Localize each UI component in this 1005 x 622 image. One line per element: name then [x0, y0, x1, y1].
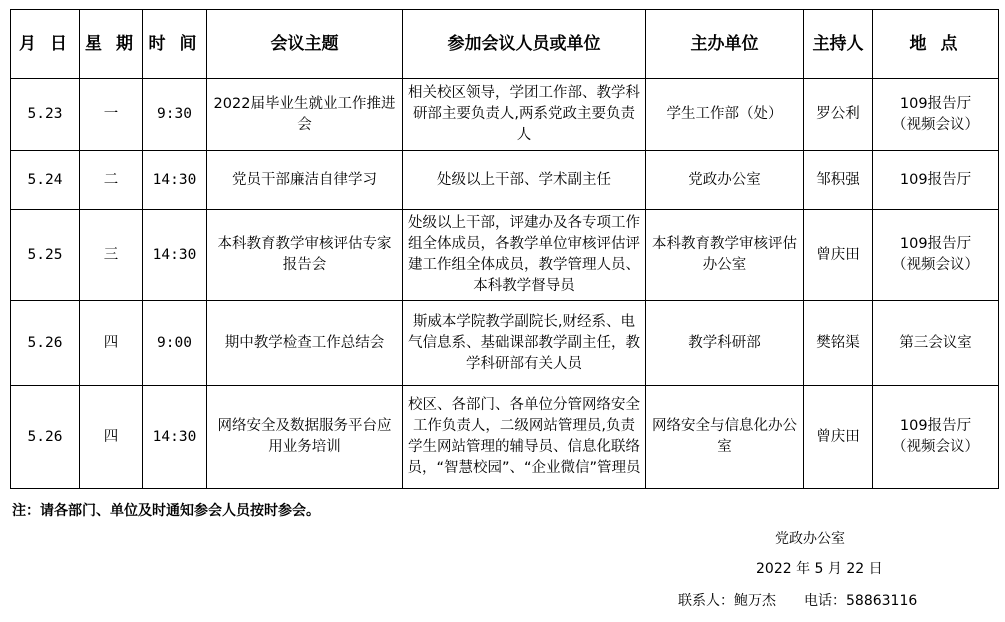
header-host: 主持人	[804, 10, 873, 79]
cell-time: 14:30	[143, 210, 207, 301]
cell-participants: 相关校区领导，学团工作部、教学科研部主要负责人,两系党政主要负责人	[403, 79, 646, 151]
cell-organizer: 学生工作部（处）	[646, 79, 804, 151]
cell-host: 邹积强	[804, 151, 873, 210]
header-participants: 参加会议人员或单位	[403, 10, 646, 79]
cell-date: 5.26	[11, 386, 80, 489]
cell-topic: 网络安全及数据服务平台应用业务培训	[207, 386, 403, 489]
location-line-1: 第三会议室	[877, 333, 994, 354]
location-line-1: 109报告厅	[877, 416, 994, 437]
contact-person: 联系人：鲍万杰	[678, 593, 776, 609]
cell-organizer: 网络安全与信息化办公室	[646, 386, 804, 489]
attendance-note: 注：请各部门、单位及时通知参会人员按时参会。	[12, 500, 320, 520]
location-line-1: 109报告厅	[877, 170, 994, 191]
header-weekday: 星 期	[80, 10, 143, 79]
location-line-2: （视频会议）	[877, 437, 994, 458]
location-line-2: （视频会议）	[877, 115, 994, 136]
cell-topic: 期中教学检查工作总结会	[207, 301, 403, 386]
cell-location: 109报告厅	[873, 151, 999, 210]
header-location: 地 点	[873, 10, 999, 79]
cell-time: 14:30	[143, 386, 207, 489]
cell-date: 5.24	[11, 151, 80, 210]
table-row: 5.26 四 14:30 网络安全及数据服务平台应用业务培训 校区、各部门、各单…	[11, 386, 999, 489]
cell-organizer: 党政办公室	[646, 151, 804, 210]
cell-participants: 处级以上干部、学术副主任	[403, 151, 646, 210]
signature-office: 党政办公室	[775, 528, 845, 548]
cell-weekday: 一	[80, 79, 143, 151]
cell-topic: 本科教育教学审核评估专家报告会	[207, 210, 403, 301]
cell-host: 樊铭渠	[804, 301, 873, 386]
cell-time: 9:30	[143, 79, 207, 151]
cell-date: 5.26	[11, 301, 80, 386]
signature-date: 2022 年 5 月 22 日	[756, 558, 883, 578]
cell-time: 14:30	[143, 151, 207, 210]
cell-organizer: 教学科研部	[646, 301, 804, 386]
header-organizer: 主办单位	[646, 10, 804, 79]
cell-time: 9:00	[143, 301, 207, 386]
cell-location: 第三会议室	[873, 301, 999, 386]
cell-date: 5.23	[11, 79, 80, 151]
table-row: 5.23 一 9:30 2022届毕业生就业工作推进会 相关校区领导，学团工作部…	[11, 79, 999, 151]
cell-location: 109报告厅 （视频会议）	[873, 386, 999, 489]
location-line-1: 109报告厅	[877, 94, 994, 115]
cell-weekday: 四	[80, 386, 143, 489]
cell-date: 5.25	[11, 210, 80, 301]
header-time: 时 间	[143, 10, 207, 79]
table-row: 5.25 三 14:30 本科教育教学审核评估专家报告会 处级以上干部，评建办及…	[11, 210, 999, 301]
header-date: 月 日	[11, 10, 80, 79]
cell-weekday: 四	[80, 301, 143, 386]
table-row: 5.26 四 9:00 期中教学检查工作总结会 斯威本学院教学副院长,财经系、电…	[11, 301, 999, 386]
table-row: 5.24 二 14:30 党员干部廉洁自律学习 处级以上干部、学术副主任 党政办…	[11, 151, 999, 210]
cell-host: 曾庆田	[804, 210, 873, 301]
location-line-1: 109报告厅	[877, 234, 994, 255]
contact-phone: 电话：58863116	[804, 593, 917, 609]
meeting-schedule-table: 月 日 星 期 时 间 会议主题 参加会议人员或单位 主办单位 主持人 地 点 …	[10, 9, 999, 489]
cell-participants: 校区、各部门、各单位分管网络安全工作负责人，二级网站管理员,负责学生网站管理的辅…	[403, 386, 646, 489]
signature-contact: 联系人：鲍万杰电话：58863116	[678, 590, 917, 610]
cell-participants: 斯威本学院教学副院长,财经系、电气信息系、基础课部教学副主任，教学科研部有关人员	[403, 301, 646, 386]
table-header-row: 月 日 星 期 时 间 会议主题 参加会议人员或单位 主办单位 主持人 地 点	[11, 10, 999, 79]
location-line-2: （视频会议）	[877, 255, 994, 276]
cell-organizer: 本科教育教学审核评估办公室	[646, 210, 804, 301]
cell-participants: 处级以上干部，评建办及各专项工作组全体成员，各教学单位审核评估评建工作组全体成员…	[403, 210, 646, 301]
cell-location: 109报告厅 （视频会议）	[873, 79, 999, 151]
cell-host: 曾庆田	[804, 386, 873, 489]
header-topic: 会议主题	[207, 10, 403, 79]
cell-location: 109报告厅 （视频会议）	[873, 210, 999, 301]
cell-topic: 2022届毕业生就业工作推进会	[207, 79, 403, 151]
cell-weekday: 二	[80, 151, 143, 210]
cell-host: 罗公利	[804, 79, 873, 151]
cell-weekday: 三	[80, 210, 143, 301]
cell-topic: 党员干部廉洁自律学习	[207, 151, 403, 210]
